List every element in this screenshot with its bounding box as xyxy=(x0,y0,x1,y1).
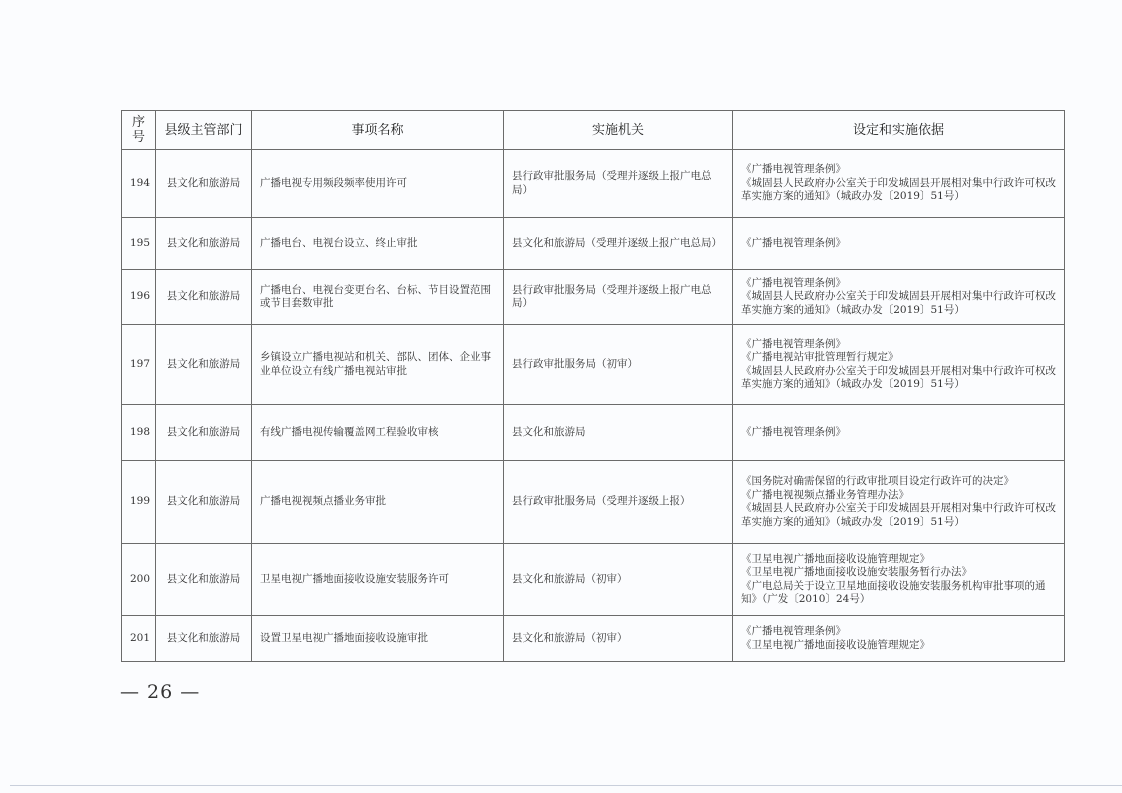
header-serial-number: 序号 xyxy=(122,111,156,150)
legal-basis: 《广播电视管理条例》 xyxy=(733,218,1065,270)
item-name: 乡镇设立广播电视站和机关、部队、团体、企业事业单位设立有线广播电视站审批 xyxy=(252,325,504,405)
basis-line: 《卫星电视广播地面接收设施管理规定》 xyxy=(741,553,1056,567)
serial-number: 197 xyxy=(122,325,156,405)
department: 县文化和旅游局 xyxy=(156,218,252,270)
basis-line: 《国务院对确需保留的行政审批项目设定行政许可的决定》 xyxy=(741,475,1056,489)
serial-number: 194 xyxy=(122,150,156,218)
department: 县文化和旅游局 xyxy=(156,270,252,325)
legal-basis: 《广播电视管理条例》 《城固县人民政府办公室关于印发城固县开展相对集中行政许可权… xyxy=(733,270,1065,325)
implementing-agency: 县文化和旅游局 xyxy=(504,405,733,461)
table-row: 196 县文化和旅游局 广播电台、电视台变更台名、台标、节目设置范围或节目套数审… xyxy=(122,270,1065,325)
department: 县文化和旅游局 xyxy=(156,325,252,405)
legal-basis: 《国务院对确需保留的行政审批项目设定行政许可的决定》 《广播电视视频点播业务管理… xyxy=(733,461,1065,544)
serial-number: 196 xyxy=(122,270,156,325)
legal-basis: 《广播电视管理条例》 《卫星电视广播地面接收设施管理规定》 xyxy=(733,616,1065,662)
header-implementing-agency: 实施机关 xyxy=(504,111,733,150)
table-row: 201 县文化和旅游局 设置卫星电视广播地面接收设施审批 县文化和旅游局（初审）… xyxy=(122,616,1065,662)
implementing-agency: 县文化和旅游局（受理并逐级上报广电总局） xyxy=(504,218,733,270)
page-number: — 26 — xyxy=(120,681,200,703)
basis-line: 《广电总局关于设立卫星地面接收设施安装服务机构审批事项的通知》（广发〔2010〕… xyxy=(741,580,1056,607)
basis-line: 《广播电视管理条例》 xyxy=(741,338,1056,352)
table-row: 197 县文化和旅游局 乡镇设立广播电视站和机关、部队、团体、企业事业单位设立有… xyxy=(122,325,1065,405)
basis-line: 《城固县人民政府办公室关于印发城固县开展相对集中行政许可权改革实施方案的通知》（… xyxy=(741,290,1056,317)
item-name: 广播电视专用频段频率使用许可 xyxy=(252,150,504,218)
serial-number: 195 xyxy=(122,218,156,270)
serial-number: 198 xyxy=(122,405,156,461)
implementing-agency: 县文化和旅游局（初审） xyxy=(504,544,733,616)
implementing-agency: 县行政审批服务局（受理并逐级上报广电总局） xyxy=(504,270,733,325)
table-row: 194 县文化和旅游局 广播电视专用频段频率使用许可 县行政审批服务局（受理并逐… xyxy=(122,150,1065,218)
basis-line: 《城固县人民政府办公室关于印发城固县开展相对集中行政许可权改革实施方案的通知》（… xyxy=(741,365,1056,392)
item-name: 广播电台、电视台变更台名、台标、节目设置范围或节目套数审批 xyxy=(252,270,504,325)
legal-basis: 《卫星电视广播地面接收设施管理规定》 《卫星电视广播地面接收设施安装服务暂行办法… xyxy=(733,544,1065,616)
basis-line: 《广播电视视频点播业务管理办法》 xyxy=(741,489,1056,503)
serial-number: 201 xyxy=(122,616,156,662)
serial-number: 200 xyxy=(122,544,156,616)
basis-line: 《广播电视管理条例》 xyxy=(741,163,1056,177)
basis-line: 《城固县人民政府办公室关于印发城固县开展相对集中行政许可权改革实施方案的通知》（… xyxy=(741,177,1056,204)
table-row: 200 县文化和旅游局 卫星电视广播地面接收设施安装服务许可 县文化和旅游局（初… xyxy=(122,544,1065,616)
department: 县文化和旅游局 xyxy=(156,461,252,544)
header-department: 县级主管部门 xyxy=(156,111,252,150)
implementing-agency: 县行政审批服务局（受理并逐级上报广电总局） xyxy=(504,150,733,218)
table-row: 198 县文化和旅游局 有线广播电视传输覆盖网工程验收审核 县文化和旅游局 《广… xyxy=(122,405,1065,461)
basis-line: 《城固县人民政府办公室关于印发城固县开展相对集中行政许可权改革实施方案的通知》（… xyxy=(741,502,1056,529)
basis-line: 《卫星电视广播地面接收设施管理规定》 xyxy=(741,639,1056,653)
implementing-agency: 县文化和旅游局（初审） xyxy=(504,616,733,662)
basis-line: 《广播电视管理条例》 xyxy=(741,237,1056,251)
basis-line: 《广播电视站审批管理暂行规定》 xyxy=(741,351,1056,365)
table-header-row: 序号 县级主管部门 事项名称 实施机关 设定和实施依据 xyxy=(122,111,1065,150)
legal-basis: 《广播电视管理条例》 《广播电视站审批管理暂行规定》 《城固县人民政府办公室关于… xyxy=(733,325,1065,405)
legal-basis: 《广播电视管理条例》 xyxy=(733,405,1065,461)
header-item-name: 事项名称 xyxy=(252,111,504,150)
table-row: 195 县文化和旅游局 广播电台、电视台设立、终止审批 县文化和旅游局（受理并逐… xyxy=(122,218,1065,270)
basis-line: 《卫星电视广播地面接收设施安装服务暂行办法》 xyxy=(741,566,1056,580)
item-name: 卫星电视广播地面接收设施安装服务许可 xyxy=(252,544,504,616)
basis-line: 《广播电视管理条例》 xyxy=(741,625,1056,639)
serial-number: 199 xyxy=(122,461,156,544)
table-row: 199 县文化和旅游局 广播电视视频点播业务审批 县行政审批服务局（受理并逐级上… xyxy=(122,461,1065,544)
item-name: 广播电台、电视台设立、终止审批 xyxy=(252,218,504,270)
department: 县文化和旅游局 xyxy=(156,544,252,616)
page-edge-divider xyxy=(10,785,1122,786)
header-legal-basis: 设定和实施依据 xyxy=(733,111,1065,150)
basis-line: 《广播电视管理条例》 xyxy=(741,426,1056,440)
implementing-agency: 县行政审批服务局（初审） xyxy=(504,325,733,405)
implementing-agency: 县行政审批服务局（受理并逐级上报） xyxy=(504,461,733,544)
item-name: 设置卫星电视广播地面接收设施审批 xyxy=(252,616,504,662)
department: 县文化和旅游局 xyxy=(156,616,252,662)
legal-basis: 《广播电视管理条例》 《城固县人民政府办公室关于印发城固县开展相对集中行政许可权… xyxy=(733,150,1065,218)
department: 县文化和旅游局 xyxy=(156,405,252,461)
approval-items-table: 序号 县级主管部门 事项名称 实施机关 设定和实施依据 194 县文化和旅游局 … xyxy=(121,110,1065,662)
basis-line: 《广播电视管理条例》 xyxy=(741,277,1056,291)
department: 县文化和旅游局 xyxy=(156,150,252,218)
item-name: 广播电视视频点播业务审批 xyxy=(252,461,504,544)
item-name: 有线广播电视传输覆盖网工程验收审核 xyxy=(252,405,504,461)
